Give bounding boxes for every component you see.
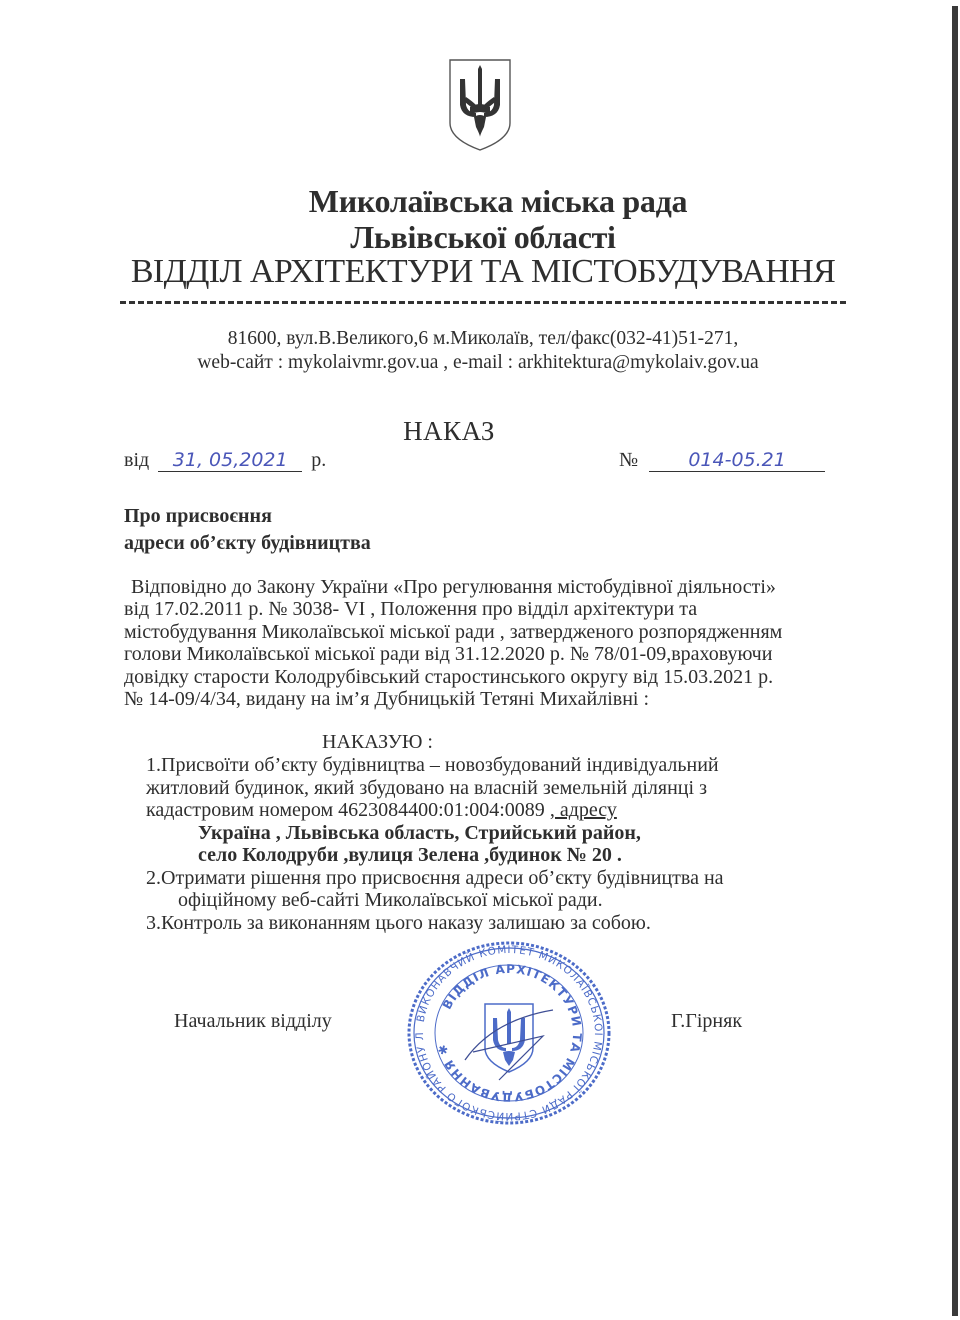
assigned-address-line1: Україна , Львівська область, Стрийський … — [146, 822, 724, 845]
contact-web-email: web-сайт : mykolaivmr.gov.ua , e-mail : … — [0, 352, 956, 374]
preamble-line: довідку старости Колодрубівський старост… — [124, 666, 782, 688]
item1-line2: житловий будинок, який збудовано на влас… — [146, 777, 724, 800]
signatory-position: Начальник відділу — [174, 1010, 332, 1033]
official-stamp-icon: ВИКОНАВЧИЙ КОМІТЕТ МИКОЛАЇВСЬКОЇ МІСЬКОЇ… — [403, 940, 615, 1126]
header-separator — [120, 301, 846, 304]
handwritten-number: 014-05.21 — [649, 449, 825, 472]
org-name-line2: Львівської області — [0, 219, 960, 256]
org-name-line1: Миколаївська міська рада — [0, 183, 960, 220]
address-label: , адресу — [550, 799, 617, 821]
document-title: НАКАЗ — [0, 416, 898, 447]
subject-line2: адреси об’єкту будівництва — [124, 530, 371, 557]
department-name: ВІДДІЛ АРХІТЕКТУРИ ТА МІСТОБУДУВАННЯ — [0, 253, 960, 291]
document-page: Миколаївська міська рада Львівської обла… — [0, 0, 960, 1320]
number-prefix: № — [619, 449, 638, 471]
item2-line2: офіційному веб-сайті Миколаївської міськ… — [146, 889, 724, 912]
preamble-line: від 17.02.2011 р. № 3038- VI , Положення… — [124, 598, 782, 620]
preamble-line: № 14-09/4/34, видану на ім’я Дубницькій … — [124, 688, 782, 710]
handwritten-date: 31, 05,2021 — [158, 449, 302, 472]
item3: 3.Контроль за виконанням цього наказу за… — [146, 912, 724, 935]
trident-emblem-icon — [446, 57, 514, 153]
order-date-line: від 31, 05,2021 р. — [124, 449, 326, 472]
order-number-line: № 014-05.21 — [619, 449, 825, 472]
preamble-line: містобудування Миколаївської міської рад… — [124, 621, 782, 643]
order-items: 1.Присвоїти об’єкту будівництва – новозб… — [146, 754, 724, 934]
preamble-line: Відповідно до Закону України «Про регулю… — [124, 576, 782, 598]
order-subject: Про присвоєння адреси об’єкту будівництв… — [124, 503, 371, 557]
item1-line1: 1.Присвоїти об’єкту будівництва – новозб… — [146, 754, 724, 777]
signatory-name: Г.Гірняк — [671, 1010, 742, 1033]
item1-line3: кадастровим номером 4623084400:01:004:00… — [146, 799, 724, 822]
assigned-address-line2: село Колодруби ,вулиця Зелена ,будинок №… — [146, 844, 724, 867]
date-prefix: від — [124, 449, 149, 471]
preamble-line: голови Миколаївської міської ради від 31… — [124, 643, 782, 665]
contact-address: 81600, вул.В.Великого,6 м.Миколаїв, тел/… — [0, 328, 960, 350]
preamble: Відповідно до Закону України «Про регулю… — [124, 576, 782, 710]
orders-heading: НАКАЗУЮ : — [322, 731, 433, 754]
subject-line1: Про присвоєння — [124, 503, 371, 530]
cadastral-number-text: кадастровим номером 4623084400:01:004:00… — [146, 799, 550, 821]
date-suffix: р. — [311, 449, 326, 471]
item2-line1: 2.Отримати рішення про присвоєння адреси… — [146, 867, 724, 890]
